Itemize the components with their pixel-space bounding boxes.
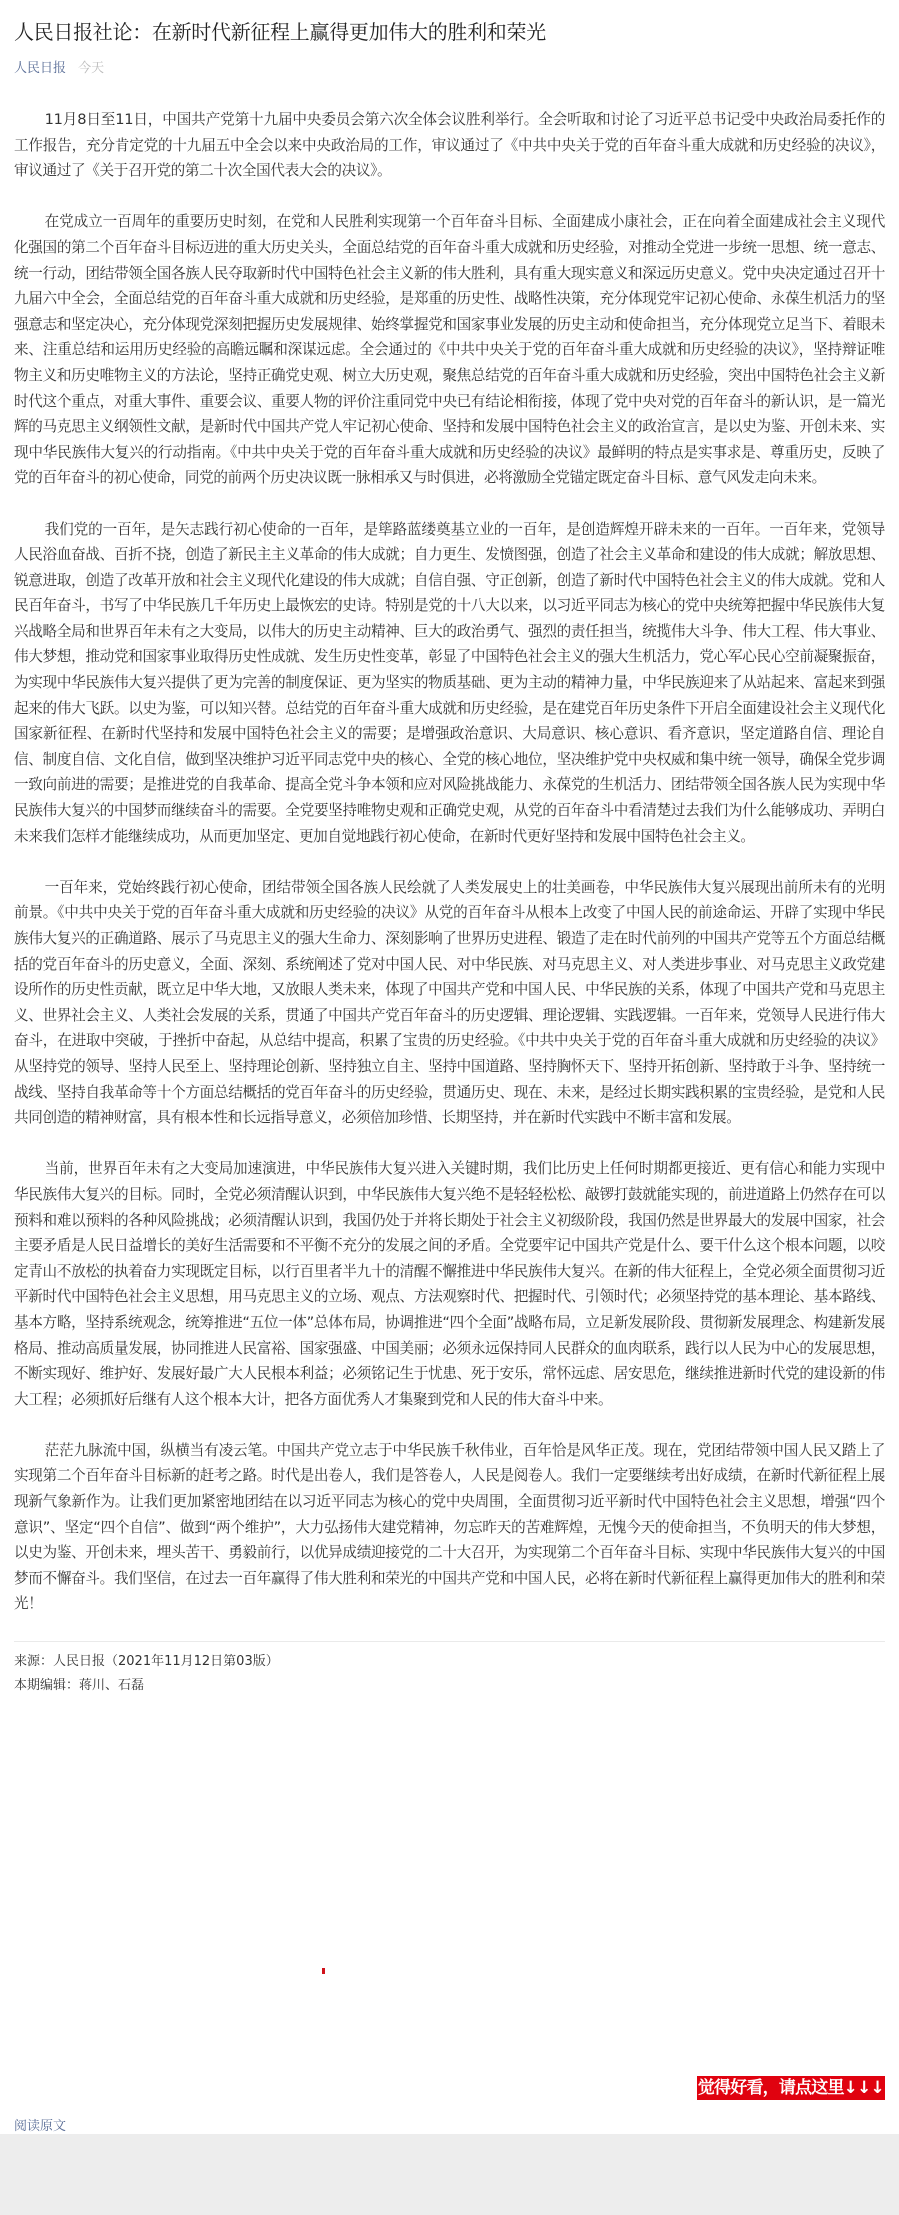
decorative-dot bbox=[322, 1968, 325, 1974]
paragraph: 当前，世界百年未有之大变局加速演进，中华民族伟大复兴进入关键时期，我们比历史上任… bbox=[14, 1156, 885, 1412]
article-meta: 人民日报 今天 bbox=[14, 60, 885, 78]
source-line: 来源：人民日报（2021年11月12日第03版） bbox=[14, 1650, 885, 1674]
paragraph: 11月8日至11日，中国共产党第十九届中央委员会第六次全体会议胜利举行。全会听取… bbox=[14, 107, 885, 184]
paragraph: 一百年来，党始终践行初心使命，团结带领全国各族人民绘就了人类发展史上的壮美画卷，… bbox=[14, 875, 885, 1131]
divider bbox=[14, 1641, 885, 1642]
page-bottom-area bbox=[0, 2134, 899, 2215]
editors-line: 本期编辑：蒋川、石磊 bbox=[14, 1674, 885, 1698]
author-link[interactable]: 人民日报 bbox=[14, 61, 66, 76]
publish-date: 今天 bbox=[78, 61, 104, 76]
paragraph: 茫茫九脉流中国，纵横当有凌云笔。中国共产党立志于中华民族千秋伟业，百年恰是风华正… bbox=[14, 1438, 885, 1617]
paragraph: 我们党的一百年，是矢志践行初心使命的一百年，是筚路蓝缕奠基立业的一百年，是创造辉… bbox=[14, 517, 885, 850]
cta-banner[interactable]: 觉得好看，请点这里↓↓↓ bbox=[697, 2076, 885, 2100]
article-page: 人民日报社论：在新时代新征程上赢得更加伟大的胜利和荣光 人民日报 今天 11月8… bbox=[0, 0, 899, 2134]
paragraph: 在党成立一百周年的重要历史时刻，在党和人民胜利实现第一个百年奋斗目标、全面建成小… bbox=[14, 209, 885, 491]
article-title: 人民日报社论：在新时代新征程上赢得更加伟大的胜利和荣光 bbox=[14, 0, 885, 46]
article-body: 11月8日至11日，中国共产党第十九届中央委员会第六次全体会议胜利举行。全会听取… bbox=[14, 107, 885, 1617]
read-original-link[interactable]: 阅读原文 bbox=[14, 2118, 66, 2136]
